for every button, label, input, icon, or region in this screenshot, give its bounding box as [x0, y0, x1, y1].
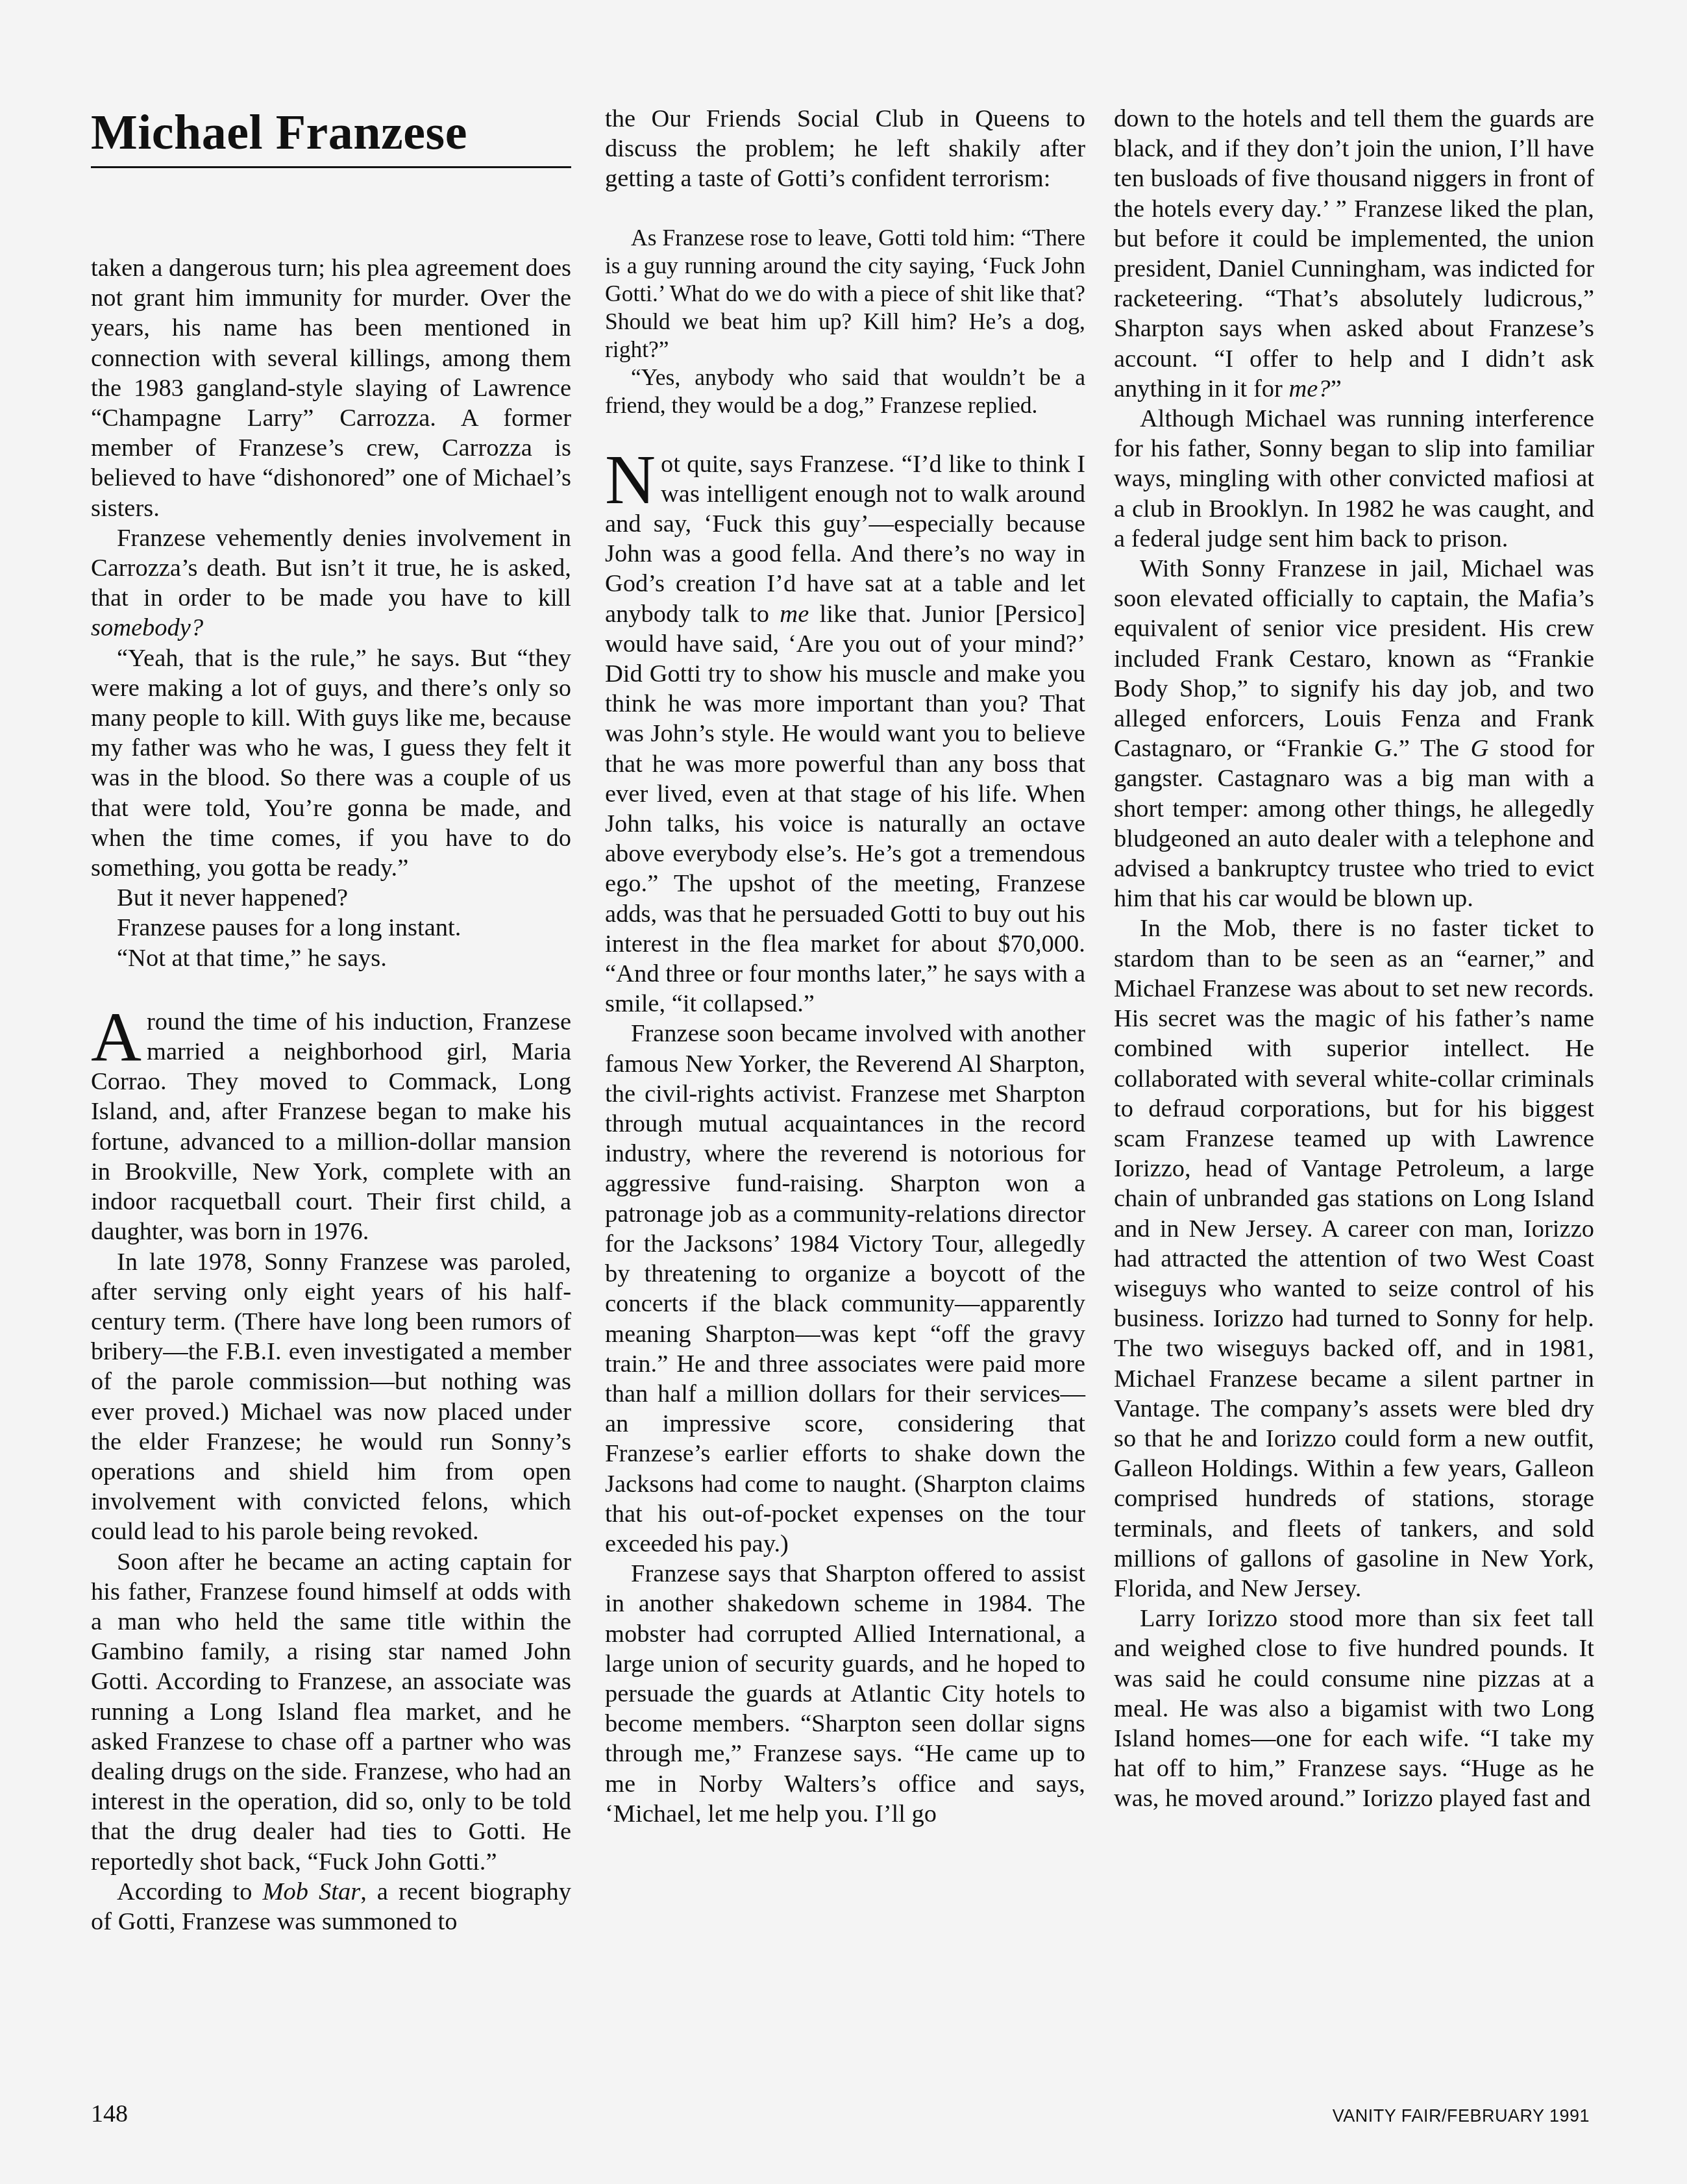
- paragraph: Franzese soon became involved with anoth…: [605, 1019, 1085, 1559]
- paragraph: Soon after he became an acting captain f…: [91, 1547, 571, 1877]
- page-number: 148: [91, 2100, 128, 2128]
- paragraph: But it never happened?: [91, 883, 571, 913]
- paragraph: In late 1978, Sonny Franzese was paroled…: [91, 1247, 571, 1547]
- drop-cap: A: [91, 1011, 142, 1065]
- paragraph: Franzese pauses for a long instant.: [91, 913, 571, 943]
- paragraph: taken a dangerous turn; his plea agreeme…: [91, 253, 571, 523]
- paragraph: With Sonny Franzese in jail, Michael was…: [1114, 554, 1594, 913]
- paragraph: “Yeah, that is the rule,” he says. But “…: [91, 643, 571, 884]
- paragraph: Larry Iorizzo stood more than six feet t…: [1114, 1604, 1594, 1813]
- paragraph: In the Mob, there is no faster ticket to…: [1114, 913, 1594, 1604]
- paragraph: Franzese says that Sharpton offered to a…: [605, 1559, 1085, 1829]
- emphasis: me: [780, 601, 809, 628]
- column-1: Michael Franzese taken a dangerous turn;…: [91, 104, 571, 1937]
- drop-cap: N: [605, 453, 656, 508]
- block-quote: As Franzese rose to leave, Gotti told hi…: [605, 224, 1085, 364]
- title-rule: [91, 166, 571, 168]
- paragraph: Franzese vehemently denies involvement i…: [91, 523, 571, 643]
- paragraph: According to Mob Star, a recent biograph…: [91, 1877, 571, 1937]
- emphasis: somebody?: [91, 614, 203, 641]
- book-title: Mob Star: [262, 1878, 360, 1905]
- paragraph: down to the hotels and tell them the gua…: [1114, 104, 1594, 404]
- column-2: the Our Friends Social Club in Queens to…: [605, 104, 1085, 1829]
- article-title: Michael Franzese: [91, 104, 571, 157]
- paragraph: Although Michael was running interferenc…: [1114, 404, 1594, 554]
- paragraph: the Our Friends Social Club in Queens to…: [605, 104, 1085, 194]
- paragraph: “Not at that time,” he says.: [91, 943, 571, 973]
- publication-credit: VANITY FAIR/FEBRUARY 1991: [1333, 2106, 1590, 2126]
- paragraph-with-dropcap: Around the time of his induction, Franze…: [91, 1007, 571, 1247]
- block-quote: “Yes, anybody who said that wouldn’t be …: [605, 364, 1085, 419]
- paragraph-with-dropcap: Not quite, says Franzese. “I’d like to t…: [605, 449, 1085, 1019]
- emphasis: G: [1470, 735, 1488, 762]
- column-3: down to the hotels and tell them the gua…: [1114, 104, 1594, 1814]
- magazine-page: Michael Franzese taken a dangerous turn;…: [0, 0, 1687, 2184]
- emphasis: me?: [1288, 375, 1330, 403]
